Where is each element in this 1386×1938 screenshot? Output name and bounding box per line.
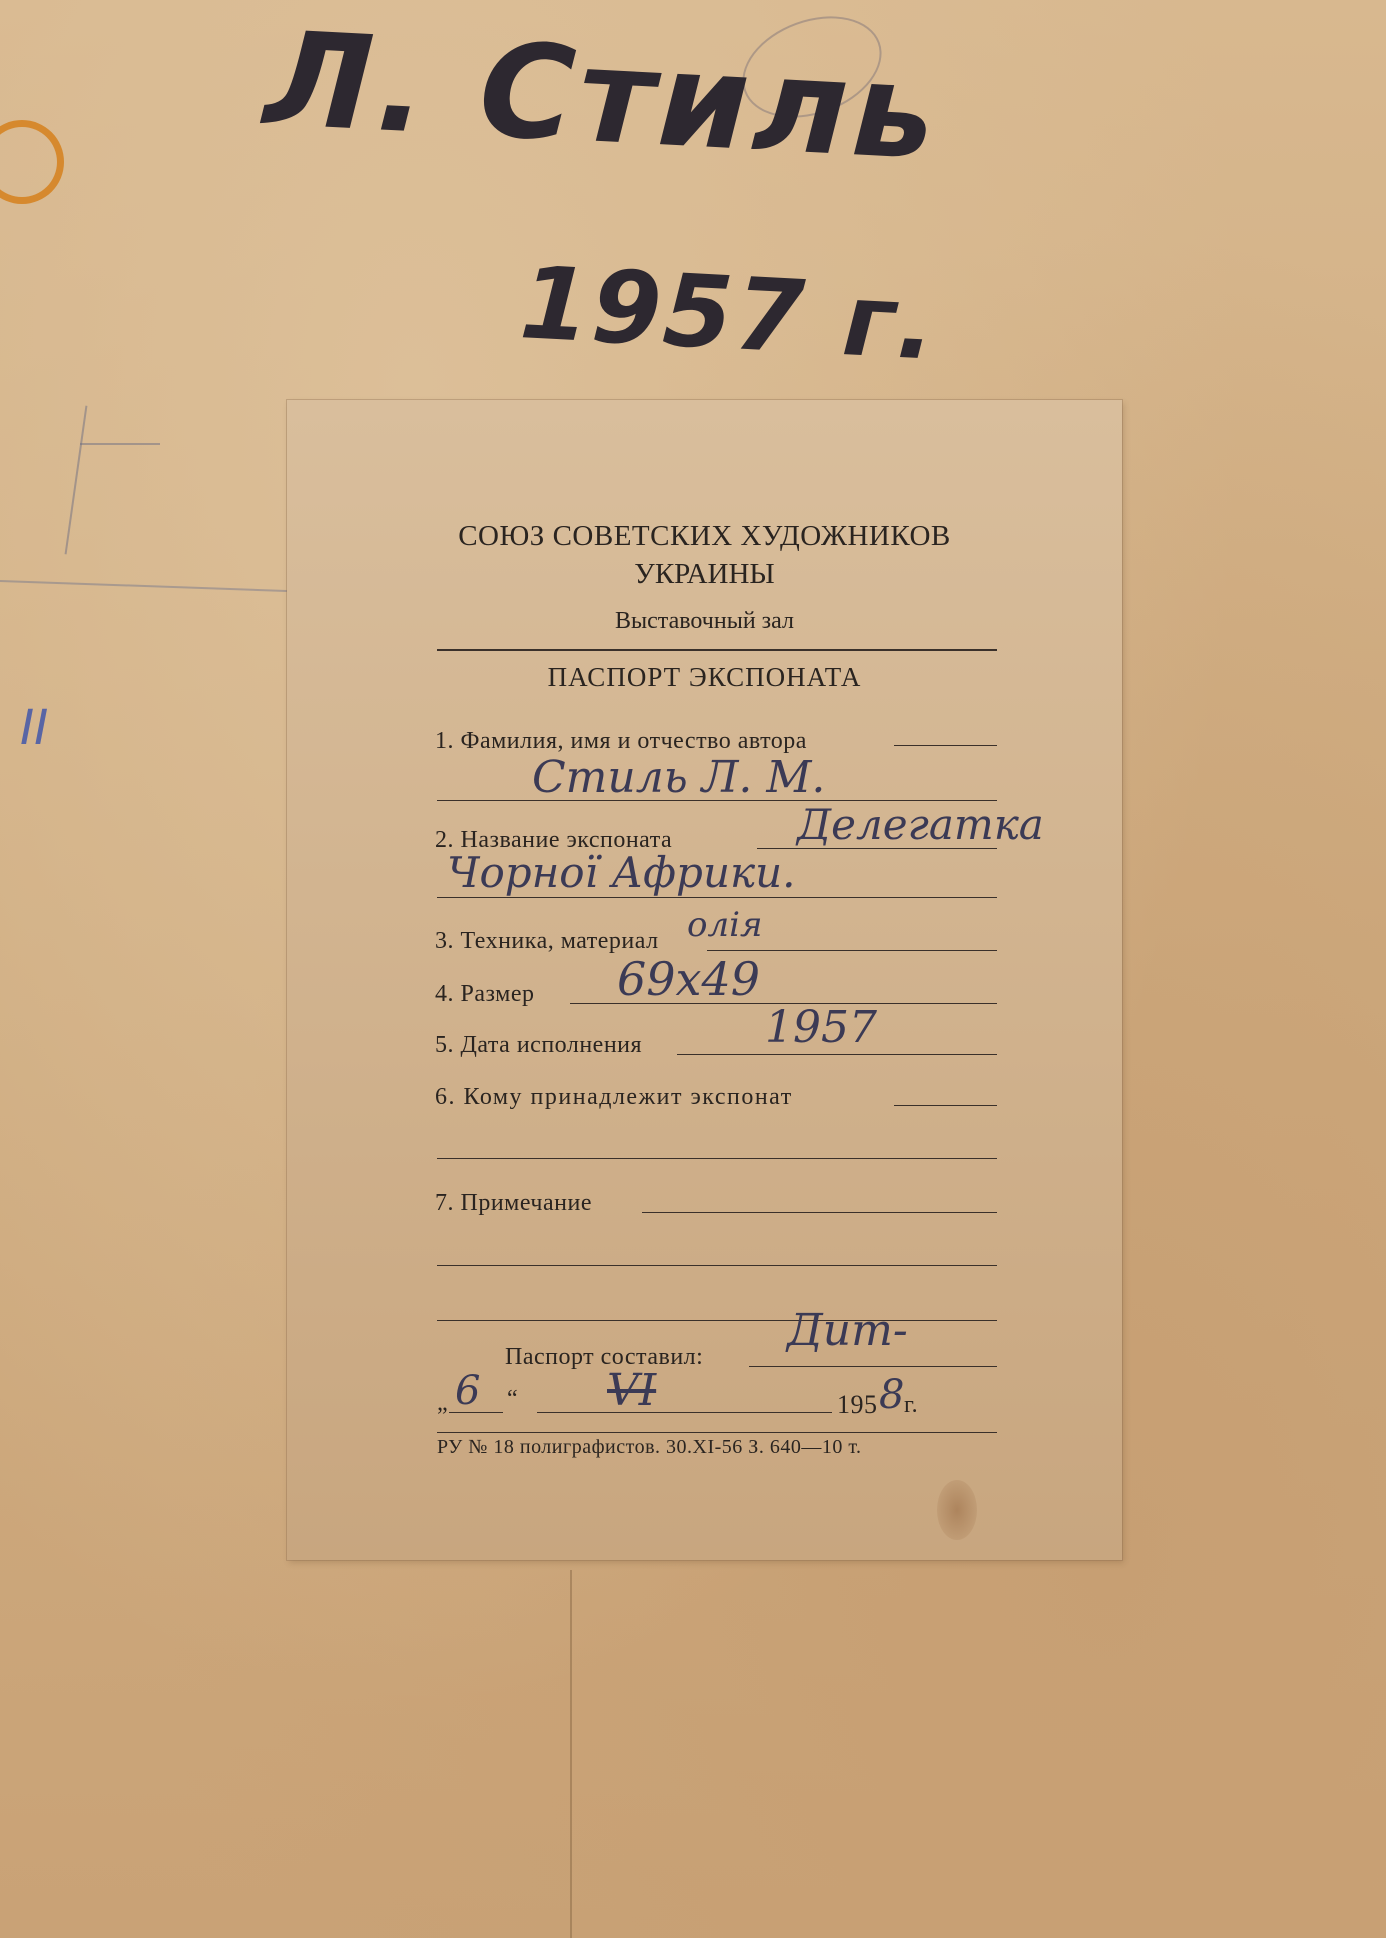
exhibit-passport-label: СОЮЗ СОВЕТСКИХ ХУДОЖНИКОВ УКРАИНЫ Выстав… [287, 400, 1122, 1560]
field-notes-label: 7. Примечание [435, 1190, 592, 1217]
field-author-value: Стиль Л. М. [532, 752, 825, 803]
department: Выставочный зал [287, 608, 1122, 635]
field-size-label: 4. Размер [435, 981, 534, 1008]
printer-imprint: РУ № 18 полиграфистов. 30.XI-56 З. 640—1… [437, 1436, 862, 1459]
field-line [437, 1265, 997, 1266]
field-line [537, 1412, 832, 1413]
field-line [707, 950, 997, 951]
stain [937, 1480, 977, 1540]
field-line [437, 897, 997, 898]
date-year-suffix: 8 [879, 1372, 904, 1418]
compiled-by-label: Паспорт составил: [505, 1344, 703, 1371]
field-line [642, 1212, 997, 1213]
divider [437, 1432, 997, 1433]
field-title-value-line2: Чорної Африки. [447, 848, 795, 897]
orange-crayon-mark [0, 120, 64, 204]
pencil-mark [65, 406, 88, 555]
field-line [677, 1054, 997, 1055]
field-owner-label: 6. Кому принадлежит экспонат [435, 1084, 793, 1111]
field-author-label: 1. Фамилия, имя и отчество автора [435, 728, 807, 755]
org-name-line1: СОЮЗ СОВЕТСКИХ ХУДОЖНИКОВ [287, 520, 1122, 553]
document-title: ПАСПОРТ ЭКСПОНАТА [287, 662, 1122, 693]
compiled-by-signature: Дит- [787, 1305, 908, 1356]
field-technique-value: олія [687, 905, 763, 945]
field-date-label: 5. Дата исполнения [435, 1032, 642, 1059]
date-year-unit: г. [904, 1392, 918, 1419]
org-name-line2: УКРАИНЫ [287, 558, 1122, 591]
field-line [894, 745, 997, 746]
field-line [749, 1366, 997, 1367]
field-date-value: 1957 [765, 1002, 877, 1053]
field-line [437, 1320, 997, 1321]
board-crack [570, 1570, 572, 1938]
date-year-prefix: 195 [837, 1390, 878, 1420]
pencil-mark [80, 443, 160, 445]
field-line [437, 1158, 997, 1159]
date-day: 6 [455, 1368, 480, 1414]
field-technique-label: 3. Техника, материал [435, 928, 659, 955]
field-line [894, 1105, 997, 1106]
handwritten-year: 1957 г. [517, 244, 940, 383]
field-line [449, 1412, 503, 1413]
divider [437, 649, 997, 651]
field-size-value: 69x49 [617, 952, 760, 1006]
field-title-value: Делегатка [797, 800, 1044, 849]
date-close-quote: “ [507, 1386, 518, 1413]
date-month: VI [607, 1365, 656, 1416]
pencil-line [0, 580, 290, 592]
blue-pencil-marks: II [20, 700, 48, 756]
date-open-quote: „ [437, 1390, 448, 1417]
